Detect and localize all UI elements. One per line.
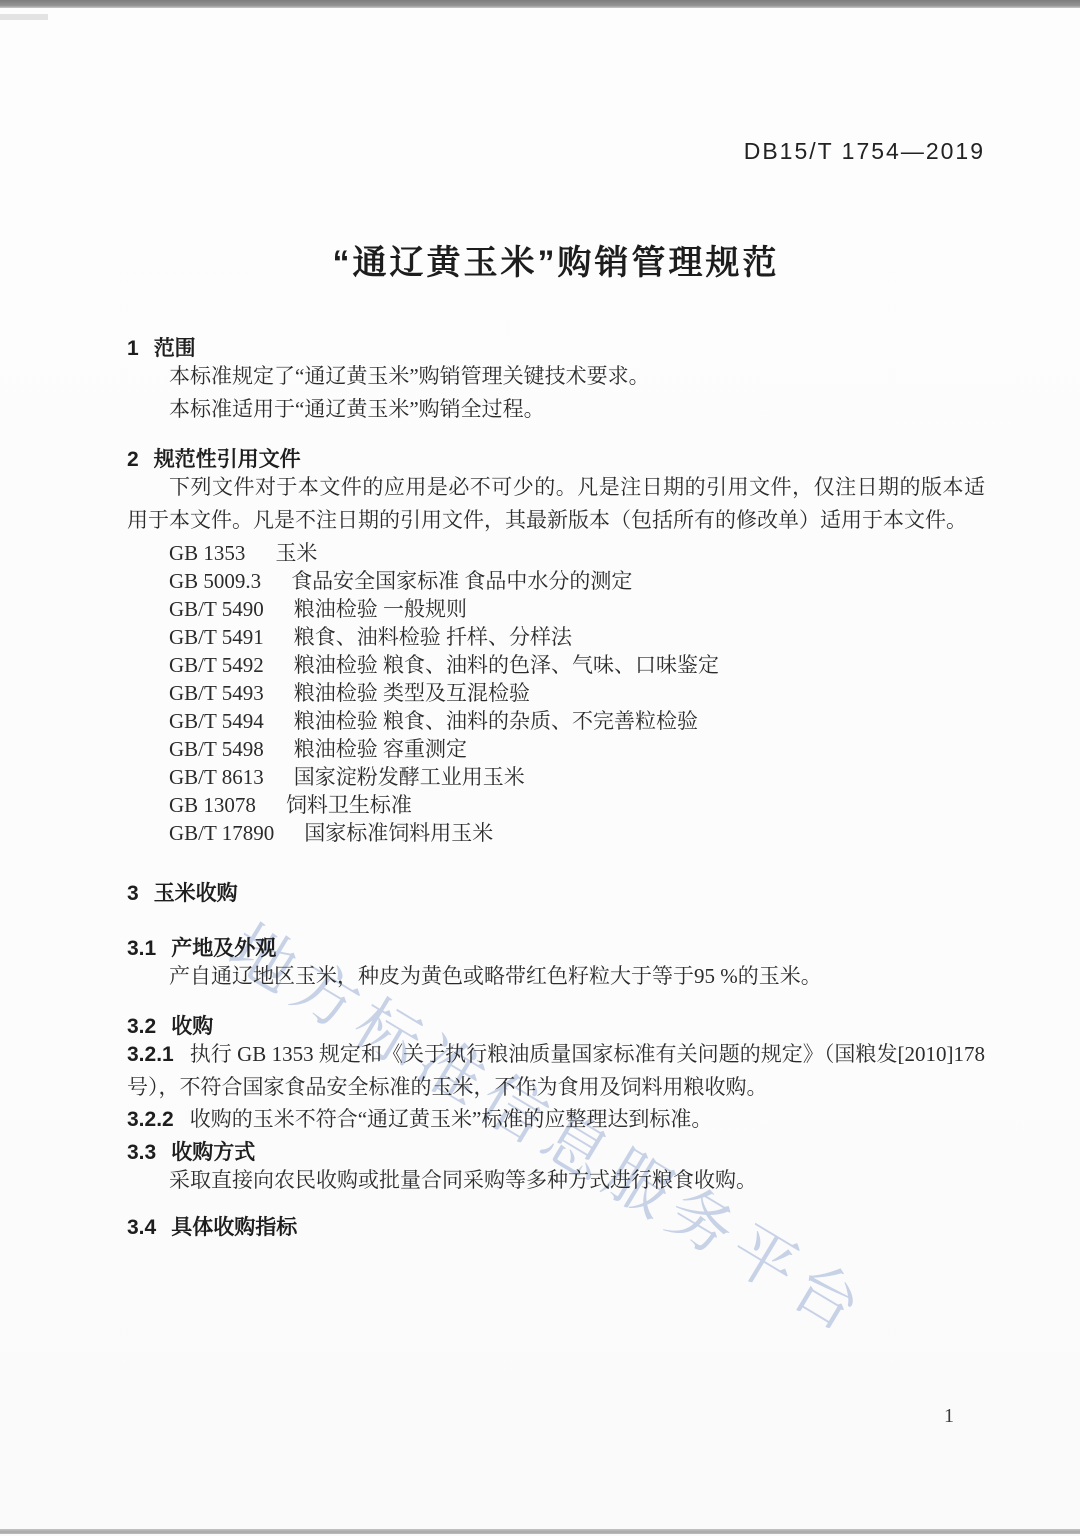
reference-code: GB/T 17890 xyxy=(169,821,274,845)
section-number: 3.2 xyxy=(127,1015,156,1038)
section-heading-text: 收购方式 xyxy=(171,1141,255,1164)
section-number: 3.4 xyxy=(127,1216,156,1239)
reference-name: 粮油检验 粮食、油料的杂质、不完善粒检验 xyxy=(294,709,698,733)
scanned-document-page: 地方标准信息服务平台 DB15/T 1754—2019 “通辽黄玉米”购销管理规… xyxy=(0,0,1080,1536)
reference-item: GB/T 5494粮油检验 粮食、油料的杂质、不完善粒检验 xyxy=(127,707,985,735)
reference-item: GB 5009.3食品安全国家标准 食品中水分的测定 xyxy=(127,567,985,595)
reference-name: 粮油检验 容重测定 xyxy=(294,737,467,761)
section-2-heading: 2规范性引用文件 xyxy=(127,449,985,471)
section-3-3-heading: 3.3收购方式 xyxy=(127,1142,985,1164)
section-3-heading: 3玉米收购 xyxy=(127,883,985,905)
reference-item: GB/T 5492粮油检验 粮食、油料的色泽、气味、口味鉴定 xyxy=(127,651,985,679)
clause-text: 收购的玉米不符合“通辽黄玉米”标准的应整理达到标准。 xyxy=(190,1107,713,1131)
clause-number: 3.2.2 xyxy=(127,1108,174,1131)
reference-code: GB/T 5498 xyxy=(169,737,264,761)
reference-code: GB 13078 xyxy=(169,793,256,817)
section-2-intro-paragraph: 下列文件对于本文件的应用是必不可少的。凡是注日期的引用文件，仅注日期的版本适用于… xyxy=(127,471,985,537)
reference-code: GB/T 5493 xyxy=(169,681,264,705)
scan-artifact-top-left xyxy=(0,14,48,20)
section-3-2-heading: 3.2收购 xyxy=(127,1016,985,1038)
clause-text: 执行 GB 1353 规定和《关于执行粮油质量国家标准有关问题的规定》（国粮发[… xyxy=(127,1042,985,1099)
reference-name: 粮油检验 粮食、油料的色泽、气味、口味鉴定 xyxy=(294,653,719,677)
section-heading-text: 规范性引用文件 xyxy=(154,448,301,471)
section-1-heading: 1范围 xyxy=(127,338,985,360)
reference-item: GB/T 5490粮油检验 一般规则 xyxy=(127,595,985,623)
clause-3-2-2: 3.2.2收购的玉米不符合“通辽黄玉米”标准的应整理达到标准。 xyxy=(127,1103,985,1136)
reference-name: 粮食、油料检验 扦样、分样法 xyxy=(294,625,572,649)
reference-code: GB 5009.3 xyxy=(169,569,261,593)
section-number: 2 xyxy=(127,448,139,471)
section-3-1-heading: 3.1产地及外观 xyxy=(127,938,985,960)
reference-item: GB 1353玉米 xyxy=(127,539,985,567)
scan-edge-top xyxy=(0,0,1080,8)
reference-code: GB/T 5494 xyxy=(169,709,264,733)
section-heading-text: 范围 xyxy=(154,337,196,360)
reference-item: GB/T 5491粮食、油料检验 扦样、分样法 xyxy=(127,623,985,651)
reference-item: GB/T 5493粮油检验 类型及互混检验 xyxy=(127,679,985,707)
reference-code: GB/T 5491 xyxy=(169,625,264,649)
section-heading-text: 具体收购指标 xyxy=(171,1216,297,1239)
clause-3-2-1: 3.2.1执行 GB 1353 规定和《关于执行粮油质量国家标准有关问题的规定》… xyxy=(127,1038,985,1103)
section-number: 3.1 xyxy=(127,937,156,960)
reference-name: 国家淀粉发酵工业用玉米 xyxy=(294,765,525,789)
section-1-paragraph-2: 本标准适用于“通辽黄玉米”购销全过程。 xyxy=(127,393,985,426)
section-3-3-paragraph: 采取直接向农民收购或批量合同采购等多种方式进行粮食收购。 xyxy=(127,1164,985,1197)
reference-name: 粮油检验 类型及互混检验 xyxy=(294,681,530,705)
normative-references-list: GB 1353玉米 GB 5009.3食品安全国家标准 食品中水分的测定 GB/… xyxy=(127,539,985,847)
reference-code: GB/T 5492 xyxy=(169,653,264,677)
page-content: DB15/T 1754—2019 “通辽黄玉米”购销管理规范 1范围 本标准规定… xyxy=(0,139,1080,1239)
section-3-4-heading: 3.4具体收购指标 xyxy=(127,1217,985,1239)
reference-name: 粮油检验 一般规则 xyxy=(294,597,467,621)
section-heading-text: 收购 xyxy=(171,1015,213,1038)
section-1-paragraph-1: 本标准规定了“通辽黄玉米”购销管理关键技术要求。 xyxy=(127,360,985,393)
reference-item: GB 13078饲料卫生标准 xyxy=(127,791,985,819)
scan-edge-bottom xyxy=(0,1529,1080,1534)
reference-item: GB/T 8613国家淀粉发酵工业用玉米 xyxy=(127,763,985,791)
reference-name: 食品安全国家标准 食品中水分的测定 xyxy=(291,569,632,593)
reference-name: 国家标准饲料用玉米 xyxy=(304,821,493,845)
reference-code: GB/T 8613 xyxy=(169,765,264,789)
section-heading-text: 产地及外观 xyxy=(171,937,276,960)
page-number: 1 xyxy=(944,1405,954,1428)
section-heading-text: 玉米收购 xyxy=(154,882,238,905)
reference-item: GB/T 17890国家标准饲料用玉米 xyxy=(127,819,985,847)
reference-name: 饲料卫生标准 xyxy=(286,793,412,817)
section-number: 3 xyxy=(127,882,139,905)
reference-code: GB 1353 xyxy=(169,541,245,565)
section-3-1-paragraph: 产自通辽地区玉米，种皮为黄色或略带红色籽粒大于等于95 %的玉米。 xyxy=(127,960,985,993)
reference-code: GB/T 5490 xyxy=(169,597,264,621)
standard-code: DB15/T 1754—2019 xyxy=(127,139,985,163)
section-number: 3.3 xyxy=(127,1141,156,1164)
reference-name: 玉米 xyxy=(275,541,317,565)
section-number: 1 xyxy=(127,337,139,360)
reference-item: GB/T 5498粮油检验 容重测定 xyxy=(127,735,985,763)
clause-number: 3.2.1 xyxy=(127,1043,174,1066)
document-title: “通辽黄玉米”购销管理规范 xyxy=(127,245,985,281)
